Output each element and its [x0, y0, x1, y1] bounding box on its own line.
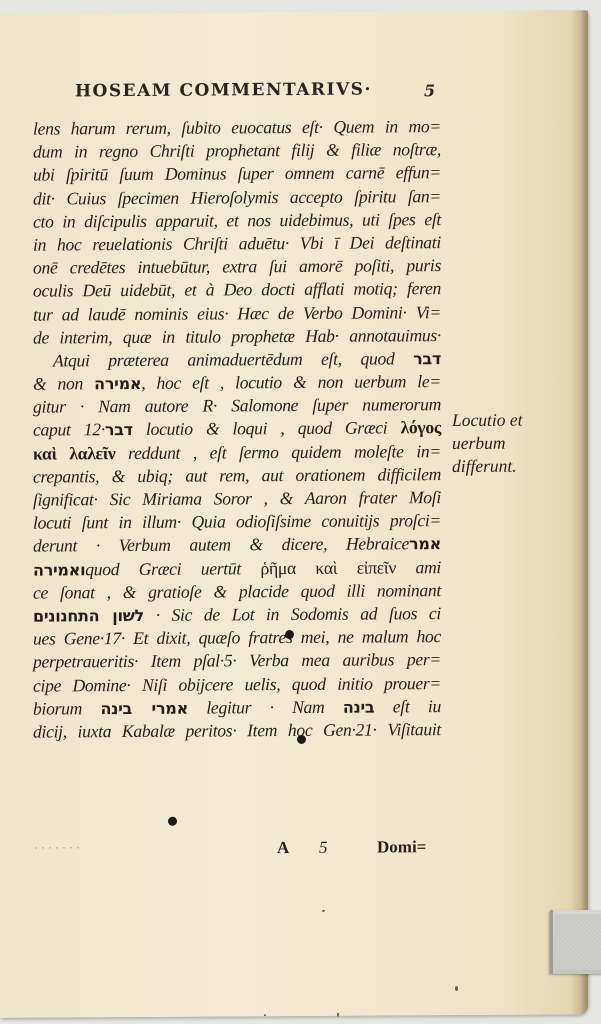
marginal-note: Locutio et uerbum differunt. — [452, 408, 552, 478]
text-line: Atqui præterea animaduertēdum eſt, quod … — [33, 347, 441, 373]
latin-text: quod Græci uertūt — [85, 558, 241, 579]
latin-text: · Sic de Lot in Sodomis ad ſuos ci — [156, 603, 441, 625]
text-line: ſignificat· Sic Miriama Soror , & Aaron … — [33, 486, 441, 512]
hebrew-word: אמירה — [94, 374, 141, 393]
text-line: biorum אמרי בינה legitur · Nam בינה eſt … — [33, 695, 441, 721]
ink-blot — [168, 817, 177, 826]
latin-text: caput 12· — [33, 420, 105, 440]
text-line: crepantis, & ubiq; aut rem, aut oratione… — [33, 463, 441, 489]
page-clip — [550, 910, 601, 974]
paper-speck — [264, 1014, 266, 1016]
greek-word: καὶ λαλεῖν — [33, 443, 115, 464]
hebrew-word: בינה — [343, 697, 375, 716]
text-line: oculis Deū uidebūt, et à Deo docti affla… — [33, 277, 441, 303]
text-line: tur ad laudē nominis eius· Hæc de Verbo … — [33, 301, 441, 327]
catchword: Domi= — [377, 837, 426, 857]
text-line: לשון התחנונים · Sic de Lot in Sodomis ad… — [33, 602, 441, 628]
text-line: cto in diſcipulis apparuit, et nos uideb… — [33, 208, 441, 234]
running-head: HOSEAM COMMENTARIVS· — [75, 80, 372, 102]
text-line: derunt · Verbum autem & dicere, Hebraice… — [33, 532, 441, 558]
text-line: dum in regno Chriſti prophetant filij & … — [33, 138, 441, 164]
latin-text: & non — [33, 373, 83, 393]
hebrew-phrase: לשון התחנונים — [33, 606, 144, 626]
text-line: dicij, iuxta Kabalæ peritos· Item hoc Ge… — [33, 718, 441, 744]
latin-text: reddunt , eſt ſermo quidem moleſte in= — [128, 441, 441, 463]
hebrew-phrase: אמרי בינה — [100, 698, 187, 718]
main-text-block: lens harum rerum, ſubito euocatus eſt· Q… — [33, 115, 441, 744]
text-line: caput 12·דבר locutio & loqui , quod Græc… — [33, 417, 441, 443]
paper-speck — [455, 986, 458, 991]
latin-text: , hoc eſt , locutio & non uerbum le= — [141, 371, 441, 393]
text-line: de interim, quæ in titulo prophetæ Hab· … — [33, 324, 441, 350]
latin-text: derunt · Verbum autem & dicere, Hebraice — [33, 534, 409, 556]
hebrew-word: ואמירה — [33, 560, 85, 579]
marginal-line: differunt. — [452, 454, 552, 478]
ink-blot — [297, 735, 306, 744]
text-line: in hoc reuelationis Chriſti aduētu· Vbi … — [33, 231, 441, 257]
signature-line: A 5 Domi= — [33, 837, 434, 839]
greek-word: λόγος — [401, 418, 441, 438]
text-line: καὶ λαλεῖν reddunt , eſt ſermo quidem mo… — [33, 440, 441, 466]
greek-word: ῥῆμα καὶ εἰπεῖν — [261, 557, 396, 578]
ink-blot — [285, 630, 294, 639]
hebrew-word: דבר — [413, 349, 441, 368]
page-number: 5 — [424, 81, 435, 100]
text-line: & non אמירה, hoc eſt , locutio & non uer… — [33, 370, 441, 396]
signature-mark: A — [277, 838, 289, 858]
text-line: ubi ſpiritū ſuum Dominus ſuper omnem car… — [33, 161, 441, 187]
latin-text: legitur · Nam — [206, 697, 324, 718]
signature-number: 5 — [319, 838, 328, 858]
latin-text: eſt iu — [393, 696, 441, 716]
hebrew-word: דבר — [105, 420, 133, 439]
text-line: lens harum rerum, ſubito euocatus eſt· Q… — [33, 115, 441, 141]
latin-text: Atqui præterea animaduertēdum eſt, quod — [53, 348, 394, 370]
text-line: perpetraueritis· Item pſal·5· Verba mea … — [33, 648, 441, 674]
text-line: ואמירהquod Græci uertūt ῥῆμα καὶ εἰπεῖν … — [33, 556, 441, 582]
faded-offset-text: · · · · · · · — [34, 841, 80, 857]
text-line: ues Gene·17· Et dixit, quæſo fratres mei… — [33, 625, 441, 651]
latin-text: ami — [416, 557, 442, 577]
text-line: gitur · Nam autore R· Salomone ſuper num… — [33, 393, 441, 419]
text-line: dit· Cuius ſpecimen Hieroſolymis accepto… — [33, 185, 441, 211]
latin-text: biorum — [33, 698, 82, 718]
text-line: onē credētes intuebūtur, extra ſui amorē… — [33, 254, 441, 280]
latin-text: locutio & loqui , quod Græci — [146, 418, 387, 439]
book-page: HOSEAM COMMENTARIVS· 5 lens harum rerum,… — [0, 10, 588, 1018]
text-line: cipe Domine· Niſi obijcere uelis, quod i… — [33, 672, 441, 698]
hebrew-word: אמר — [409, 534, 441, 553]
paper-speck — [337, 1013, 339, 1017]
marginal-line: Locutio et — [452, 408, 552, 432]
marginal-line: uerbum — [452, 431, 552, 455]
text-line: locuti ſunt in illum· Quia odioſiſsime c… — [33, 509, 441, 535]
text-line: ce ſonat , & gratioſe & placide quod ill… — [33, 579, 441, 605]
paper-speck — [322, 910, 325, 912]
